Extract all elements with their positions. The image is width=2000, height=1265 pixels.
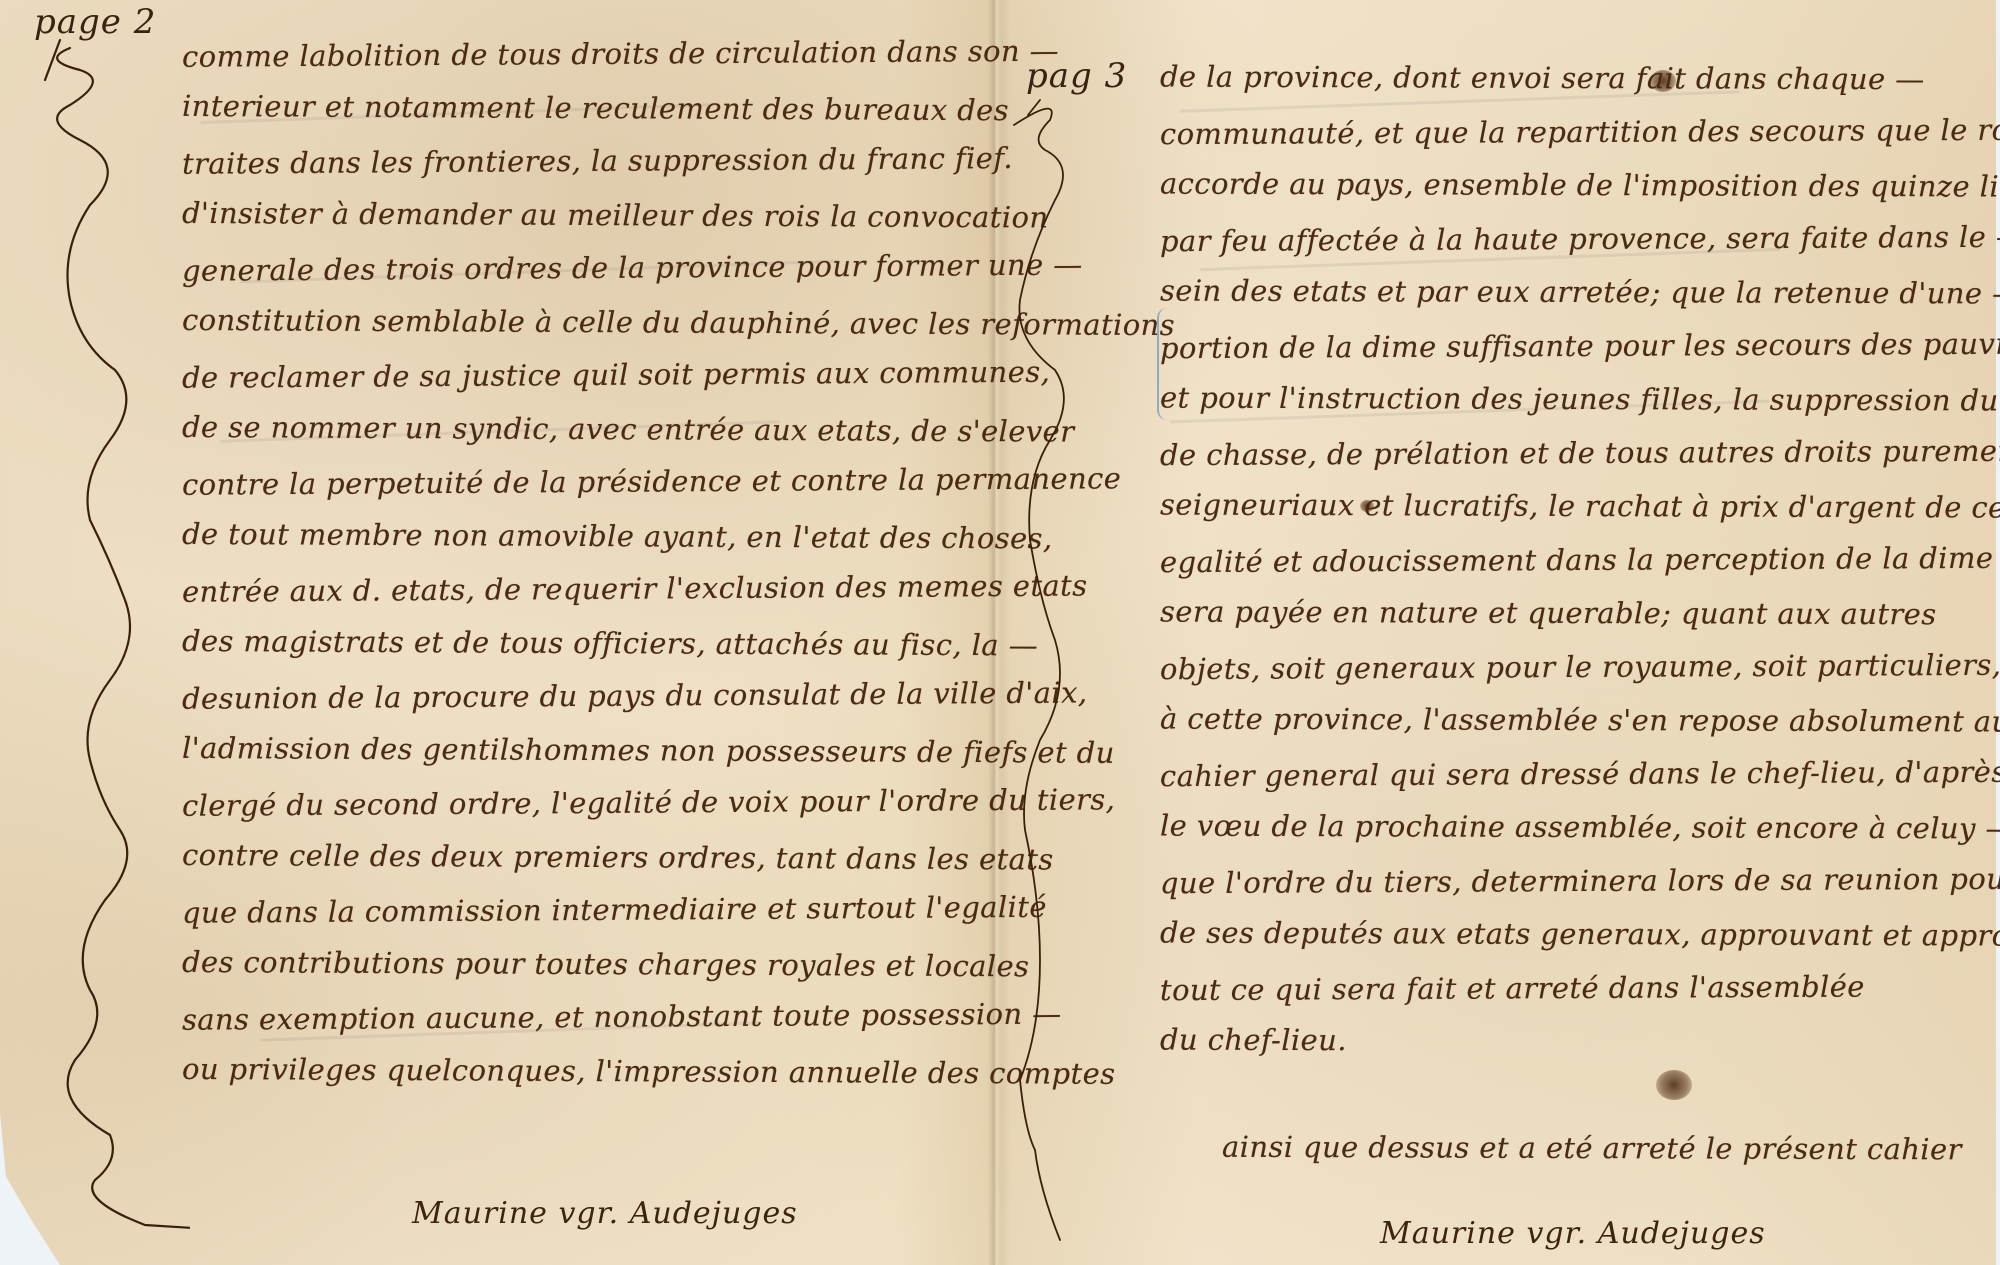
text-line: egalité et adoucissement dans la percept… [1160,531,1990,589]
text-line: constitution semblable à celle du dauphi… [182,293,982,351]
blue-pencil-bracket-icon [1157,308,1169,420]
left-page-text: comme labolition de tous droits de circu… [182,28,982,1098]
text-line: ou privileges quelconques, l'impression … [182,1042,982,1100]
text-line: de reclamer de sa justice quil soit perm… [182,346,982,405]
text-line: du chef-lieu. [1160,1014,1990,1070]
left-page: page 2 comme labolition de tous droits d… [0,0,990,1265]
text-line: que dans la commission intermediaire et … [182,881,982,940]
signature: Maurine vgr. Audejuges [412,1196,798,1231]
text-line: desunion de la procure du pays du consul… [182,667,982,726]
closing-line: ainsi que dessus et a eté arreté le prés… [1160,1121,1990,1177]
text-line: interieur et notamment le reculement des… [182,79,982,137]
right-page: pag 3 de la province, dont envoi sera fa… [1000,0,1996,1265]
text-line: cahier general qui sera dressé dans le c… [1160,745,1990,803]
text-line: de se nommer un syndic, avec entrée aux … [182,400,982,458]
text-line: entrée aux d. etats, de requerir l'exclu… [182,560,982,619]
text-line: par feu affectée à la haute provence, se… [1160,210,1990,268]
text-line: generale des trois ordres de la province… [182,239,982,298]
text-line: des contributions pour toutes charges ro… [182,935,982,993]
text-line: portion de la dime suffisante pour les s… [1160,317,1990,375]
text-line: de chasse, de prélation et de tous autre… [1160,424,1990,482]
text-line: de ses deputés aux etats generaux, appro… [1160,907,1990,963]
text-line: contre la perpetuité de la présidence et… [182,453,982,512]
text-line [1160,1066,1990,1124]
text-line: et pour l'instruction des jeunes filles,… [1160,372,1990,428]
text-line: traites dans les frontieres, la suppress… [182,132,982,191]
signature: Maurine vgr. Audejuges [1380,1216,1766,1251]
margin-wavy-line-icon [1000,0,1160,1265]
margin-wavy-line-icon [0,0,190,1265]
text-line: de tout membre non amovible ayant, en l'… [182,507,982,565]
text-line: tout ce qui sera fait et arreté dans l'a… [1160,959,1990,1017]
text-line: à cette province, l'assemblée s'en repos… [1160,693,1990,749]
text-line: l'admission des gentilshommes non posses… [182,721,982,779]
text-line: communauté, et que la repartition des se… [1160,103,1990,161]
text-line: sera payée en nature et querable; quant … [1160,586,1990,642]
text-line: d'insister à demander au meilleur des ro… [182,186,982,244]
text-line: le vœu de la prochaine assemblée, soit e… [1160,800,1990,856]
text-line: accorde au pays, ensemble de l'impositio… [1160,158,1990,214]
text-line: comme labolition de tous droits de circu… [182,25,982,84]
text-line: que l'ordre du tiers, determinera lors d… [1160,852,1990,910]
text-line: objets, soit generaux pour le royaume, s… [1160,638,1990,696]
text-line: sein des etats et par eux arretée; que l… [1160,265,1990,321]
text-line: des magistrats et de tous officiers, att… [182,614,982,672]
right-page-text: de la province, dont envoi sera fait dan… [1160,52,1990,1176]
text-line: contre celle des deux premiers ordres, t… [182,828,982,886]
text-line: de la province, dont envoi sera fait dan… [1160,51,1990,107]
text-line: seigneuriaux et lucratifs, le rachat à p… [1160,479,1990,535]
text-line: clergé du second ordre, l'egalité de voi… [182,774,982,833]
text-line: sans exemption aucune, et nonobstant tou… [182,988,982,1047]
